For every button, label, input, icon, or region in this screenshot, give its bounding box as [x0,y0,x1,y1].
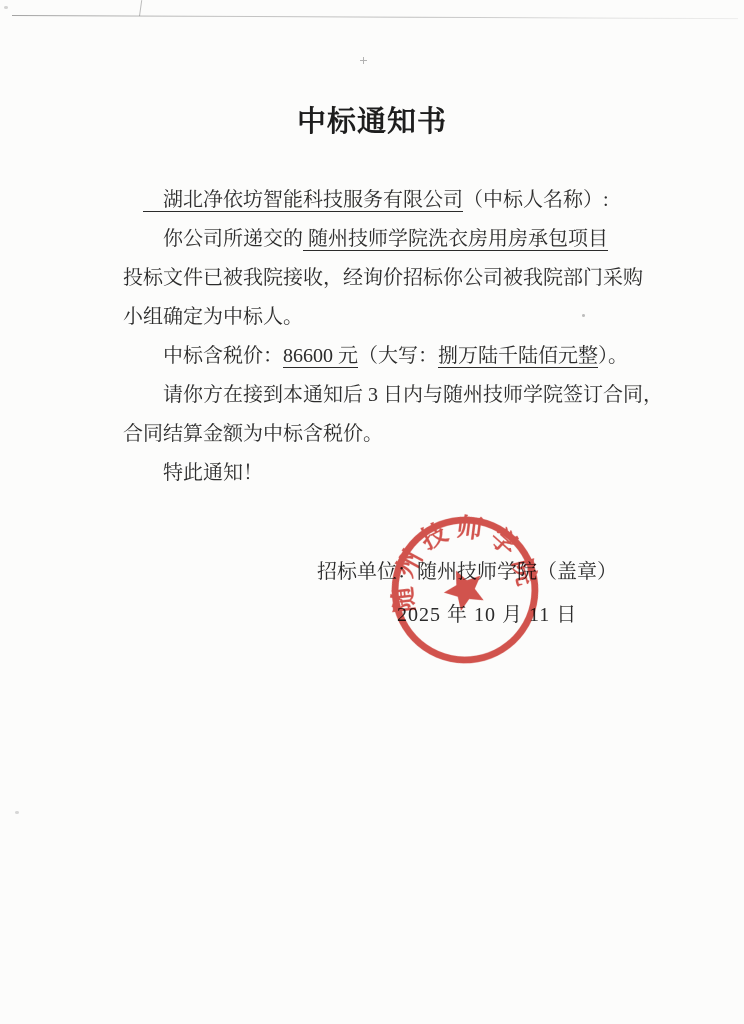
scan-artifact-top-line [12,15,738,19]
text-segment: 小组确定为中标人。 [123,306,303,328]
scan-artifact-corner-speck [4,6,8,9]
body-line-2: 你公司所递交的 随州技师学院洗衣房用房承包项目 [123,220,653,259]
text-segment: 请你方在接到本通知后 3 日内与随州技师学院签订合同， [163,384,663,406]
text-segment: 特此通知！ [163,462,263,484]
scan-artifact-plus-mark [360,57,367,64]
text-segment: 你公司所递交的 [163,228,303,250]
body-line-4: 小组确定为中标人。 [123,298,653,337]
underlined-fill-in: 随州技师学院洗衣房用房承包项目 [303,228,608,250]
seal-star-icon [440,567,486,614]
body-line-8: 特此通知！ [123,454,653,493]
body-line-7: 合同结算金额为中标含税价。 [123,415,653,454]
text-segment: （大写： [358,345,438,367]
official-seal-stamp: 随州技师学院 [377,502,553,678]
scanned-document-page: 中标通知书 湖北净依坊智能科技服务有限公司（中标人名称）:你公司所递交的 随州技… [0,0,744,1024]
scan-artifact-tick [139,0,142,16]
text-segment: ）。 [598,345,628,367]
text-segment: 投标文件已被我院接收，经询价招标你公司被我院部门采购 [123,267,643,289]
text-segment: 中标含税价： [163,345,283,367]
document-body: 湖北净依坊智能科技服务有限公司（中标人名称）:你公司所递交的 随州技师学院洗衣房… [123,181,653,493]
underlined-fill-in: 捌万陆千陆佰元整 [438,345,598,367]
body-line-3: 投标文件已被我院接收，经询价招标你公司被我院部门采购 [123,259,653,298]
underlined-fill-in: 湖北净依坊智能科技服务有限公司 [143,189,463,211]
seal-svg: 随州技师学院 [377,502,553,678]
text-segment: （中标人名称）: [463,189,609,211]
document-title: 中标通知书 [0,99,744,140]
scan-artifact-left-speck [15,811,19,814]
body-line-5: 中标含税价：86600 元（大写：捌万陆千陆佰元整）。 [123,337,653,376]
text-segment: 合同结算金额为中标含税价。 [123,423,383,445]
body-line-6: 请你方在接到本通知后 3 日内与随州技师学院签订合同， [123,376,653,415]
underlined-fill-in: 86600 元 [283,345,358,367]
body-line-1: 湖北净依坊智能科技服务有限公司（中标人名称）: [123,181,653,220]
